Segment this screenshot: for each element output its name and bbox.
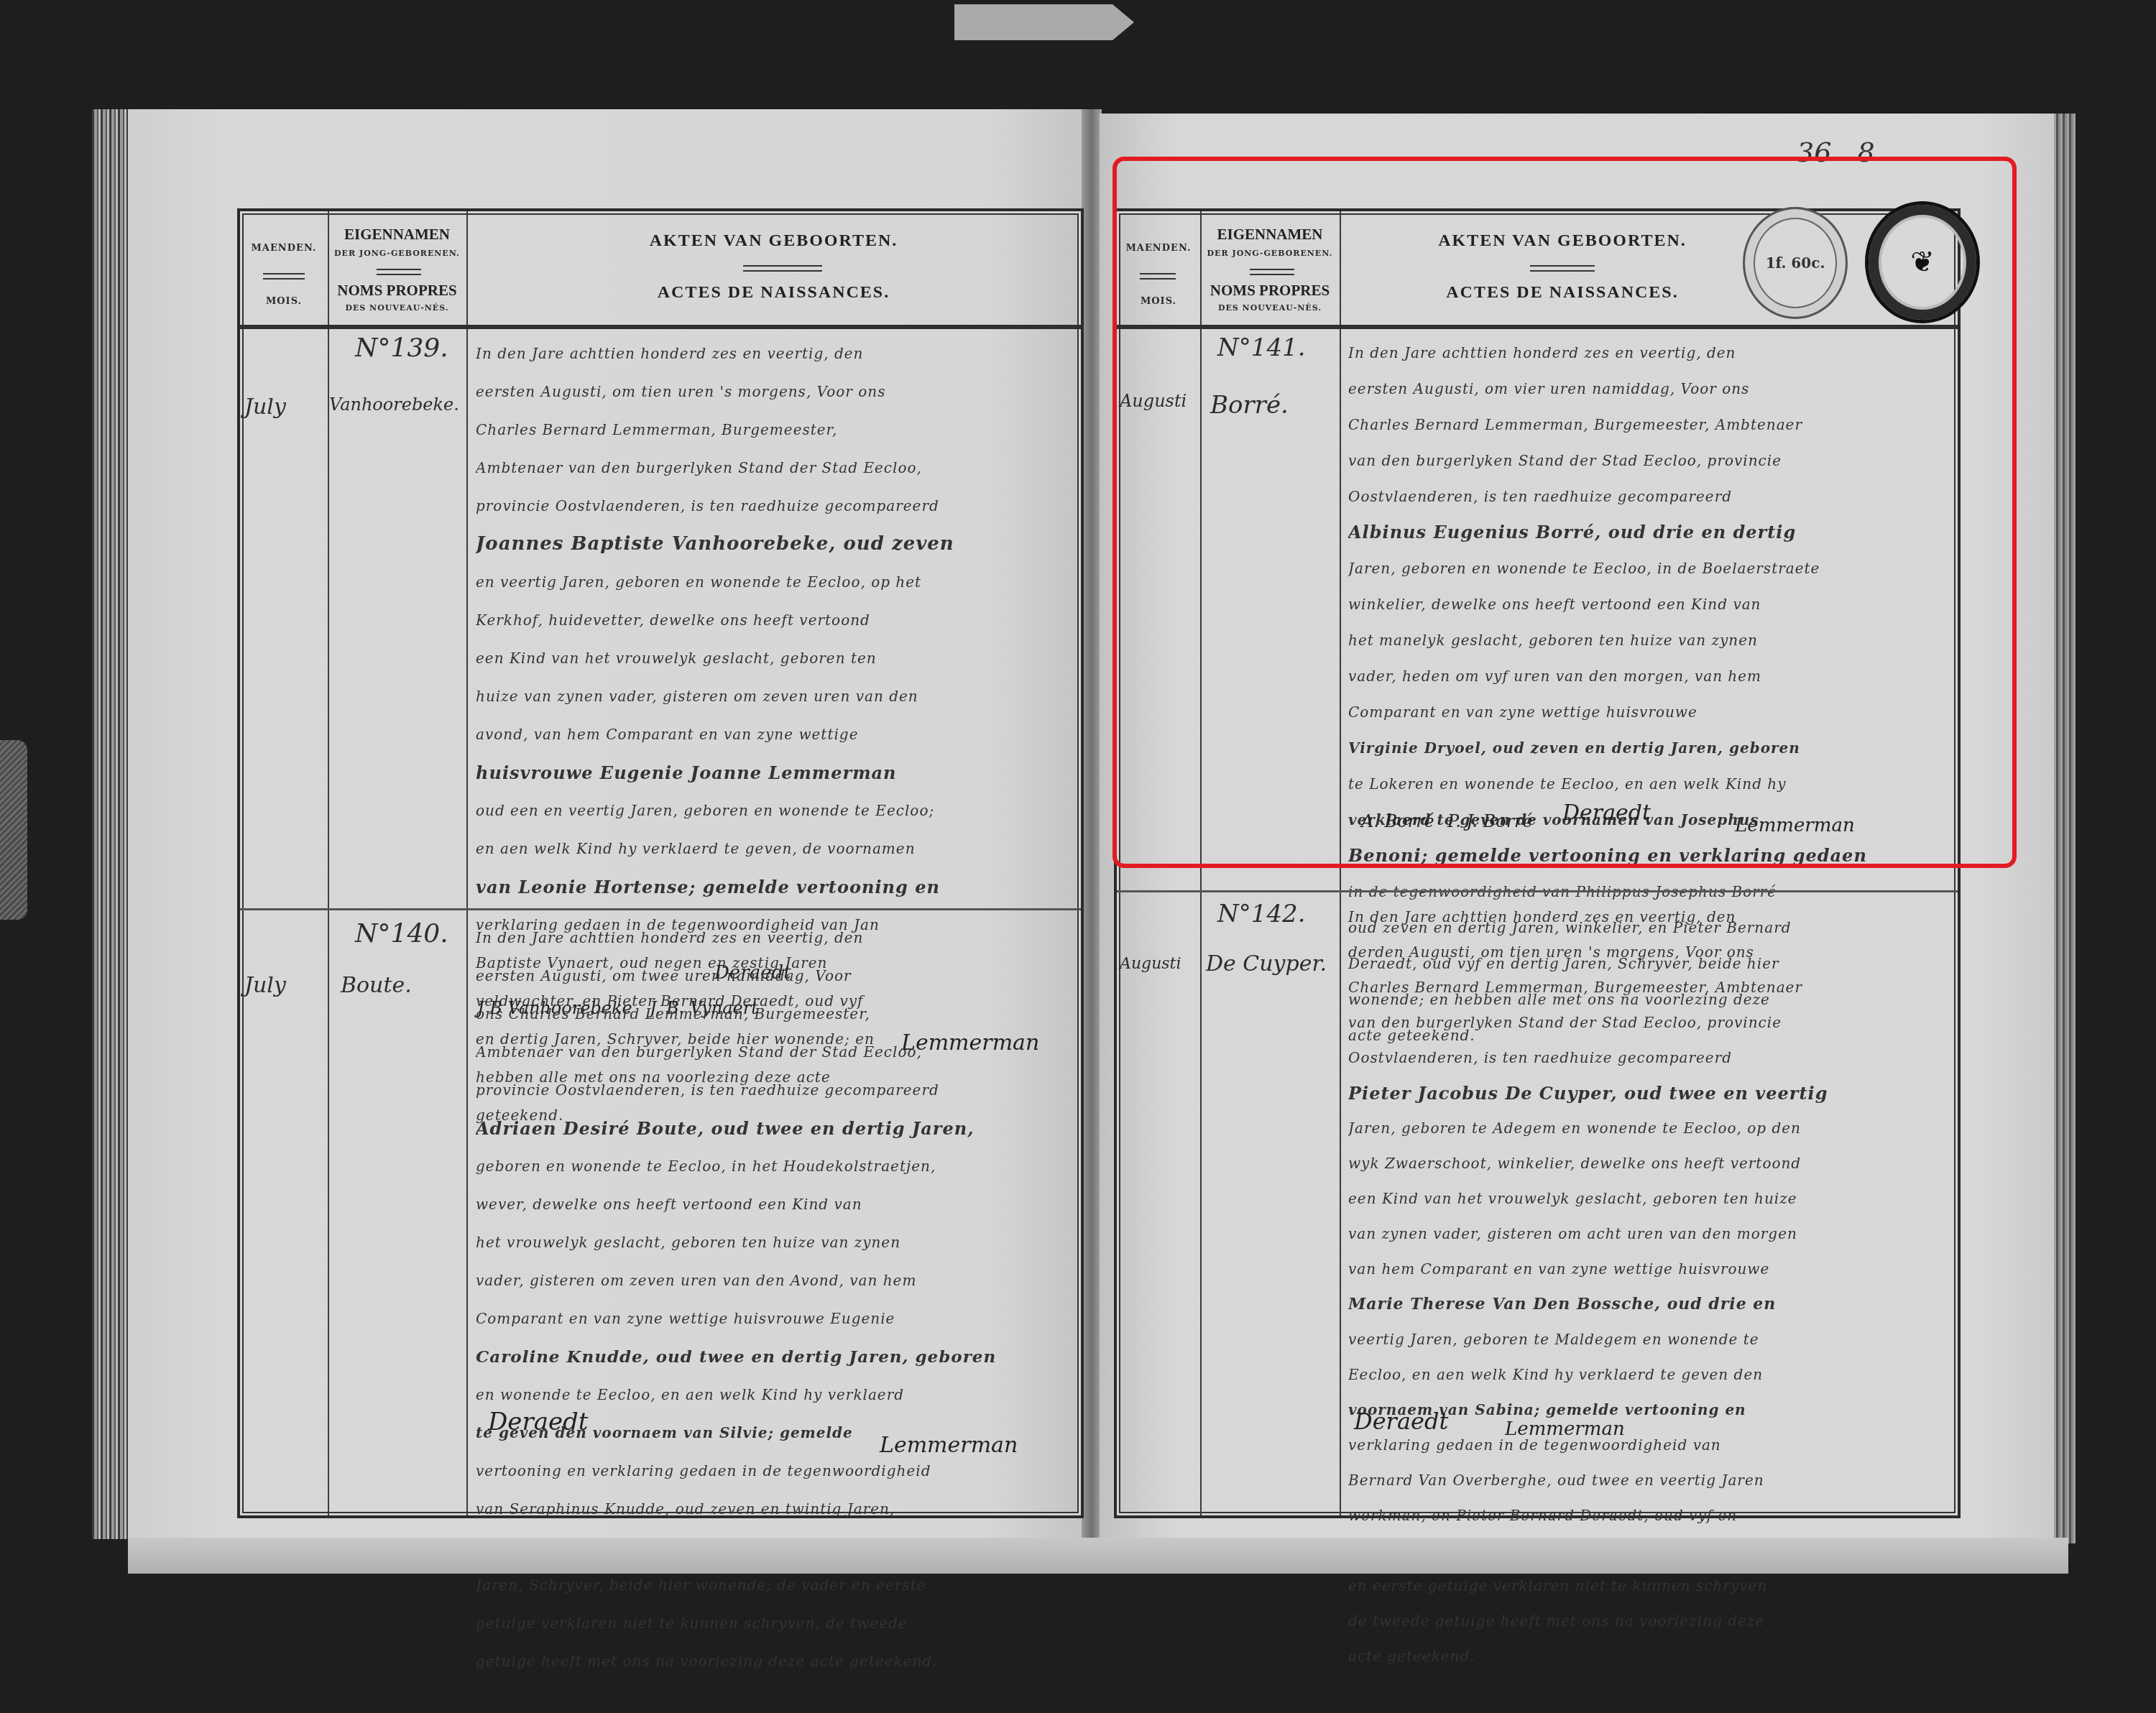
signature-deraedt: Deraedt (1354, 1408, 1448, 1435)
entry-number: N°142. (1217, 900, 1305, 928)
signature-lemmerman: Lemmerman (880, 1433, 1018, 1458)
header-month-nl: MAENDEN. (240, 243, 328, 254)
header-names-fr: NOMS PROPRES (328, 282, 466, 300)
left-register-table: MAENDEN. MOIS. EIGENNAMEN DER JONG-GEBOR… (237, 208, 1084, 1518)
entry-surname: De Cuyper. (1206, 951, 1327, 976)
header-month-fr: MOIS. (240, 296, 328, 307)
signature-deraedt: Deraedt (488, 1408, 588, 1436)
entry-surname: Vanhoorebeke. (329, 394, 459, 415)
ribbon-bookmark (0, 740, 27, 920)
entry-month: July (244, 394, 286, 420)
entry-month: Augusti (1120, 955, 1181, 973)
register-title-fr: ACTES DE NAISSANCES. (466, 283, 1081, 303)
book-bottom-edge (128, 1538, 2068, 1574)
page-tab-marker (954, 4, 1134, 40)
entry-number: N°140. (355, 919, 448, 948)
signature-lemmerman: Lemmerman (1505, 1418, 1625, 1440)
book-gutter (1082, 109, 1102, 1539)
right-page-edges (2054, 114, 2076, 1543)
entry-number: N°139. (355, 333, 448, 363)
header-names-nl-sub: DER JONG-GEBORENEN. (328, 249, 466, 258)
highlighted-entry-region (1112, 157, 2017, 868)
header-names-nl: EIGENNAMEN (328, 226, 466, 244)
header-names-fr-sub: DES NOUVEAU-NÉS. (328, 303, 466, 313)
entry-month: July (244, 973, 286, 998)
left-page-edges (92, 109, 131, 1539)
register-title-nl: AKTEN VAN GEBOORTEN. (466, 231, 1081, 251)
entry-surname: Boute. (341, 973, 412, 998)
